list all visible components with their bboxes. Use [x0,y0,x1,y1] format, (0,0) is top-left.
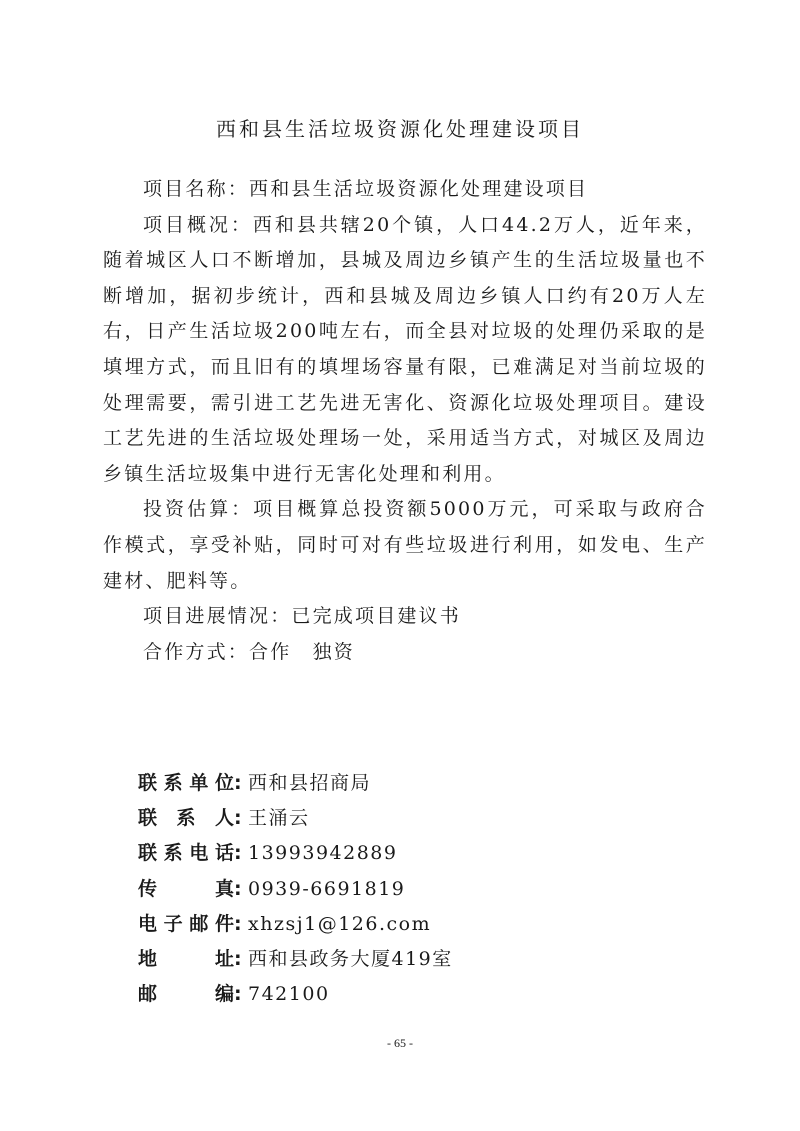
investment-estimate-paragraph: 投资估算：项目概算总投资额5000万元，可采取与政府合作模式，享受补贴，同时可对… [103,492,707,599]
contact-label: 联系单位 [138,766,234,801]
contact-label: 地址 [138,942,234,977]
colon: : [234,872,248,907]
document-body: 项目名称：西和县生活垃圾资源化处理建设项目 项目概况：西和县共辖20个镇，人口4… [103,172,707,670]
contact-row-address: 地址: 西和县政务大厦419室 [138,942,453,977]
contact-label: 电子邮件 [138,907,234,942]
contact-address-value: 西和县政务大厦419室 [248,942,453,977]
colon: : [234,907,248,942]
cooperation-mode-paragraph: 合作方式：合作 独资 [103,635,707,671]
contact-fax-value: 0939-6691819 [248,872,405,907]
contact-info: 联系单位: 西和县招商局 联系人: 王涌云 联系电话: 13993942889 … [138,766,453,1012]
contact-label: 联系人 [138,801,234,836]
contact-row-phone: 联系电话: 13993942889 [138,836,453,871]
contact-phone-value: 13993942889 [248,836,397,871]
contact-person-value: 王涌云 [248,801,310,836]
page-number: - 65 - [0,1036,800,1051]
project-progress-paragraph: 项目进展情况：已完成项目建议书 [103,599,707,635]
contact-label: 传真 [138,872,234,907]
contact-row-unit: 联系单位: 西和县招商局 [138,766,453,801]
document-title: 西和县生活垃圾资源化处理建设项目 [0,113,800,142]
colon: : [234,801,248,836]
contact-row-fax: 传真: 0939-6691819 [138,872,453,907]
contact-email-value: xhzsj1@126.com [248,907,431,942]
contact-row-postcode: 邮编: 742100 [138,977,453,1012]
contact-label: 联系电话 [138,836,234,871]
contact-postcode-value: 742100 [248,977,330,1012]
contact-row-email: 电子邮件: xhzsj1@126.com [138,907,453,942]
contact-row-person: 联系人: 王涌云 [138,801,453,836]
colon: : [234,977,248,1012]
colon: : [234,942,248,977]
colon: : [234,836,248,871]
colon: : [234,766,248,801]
contact-unit-value: 西和县招商局 [248,766,371,801]
contact-label: 邮编 [138,977,234,1012]
project-name-paragraph: 项目名称：西和县生活垃圾资源化处理建设项目 [103,172,707,208]
project-overview-paragraph: 项目概况：西和县共辖20个镇，人口44.2万人，近年来，随着城区人口不断增加，县… [103,208,707,493]
